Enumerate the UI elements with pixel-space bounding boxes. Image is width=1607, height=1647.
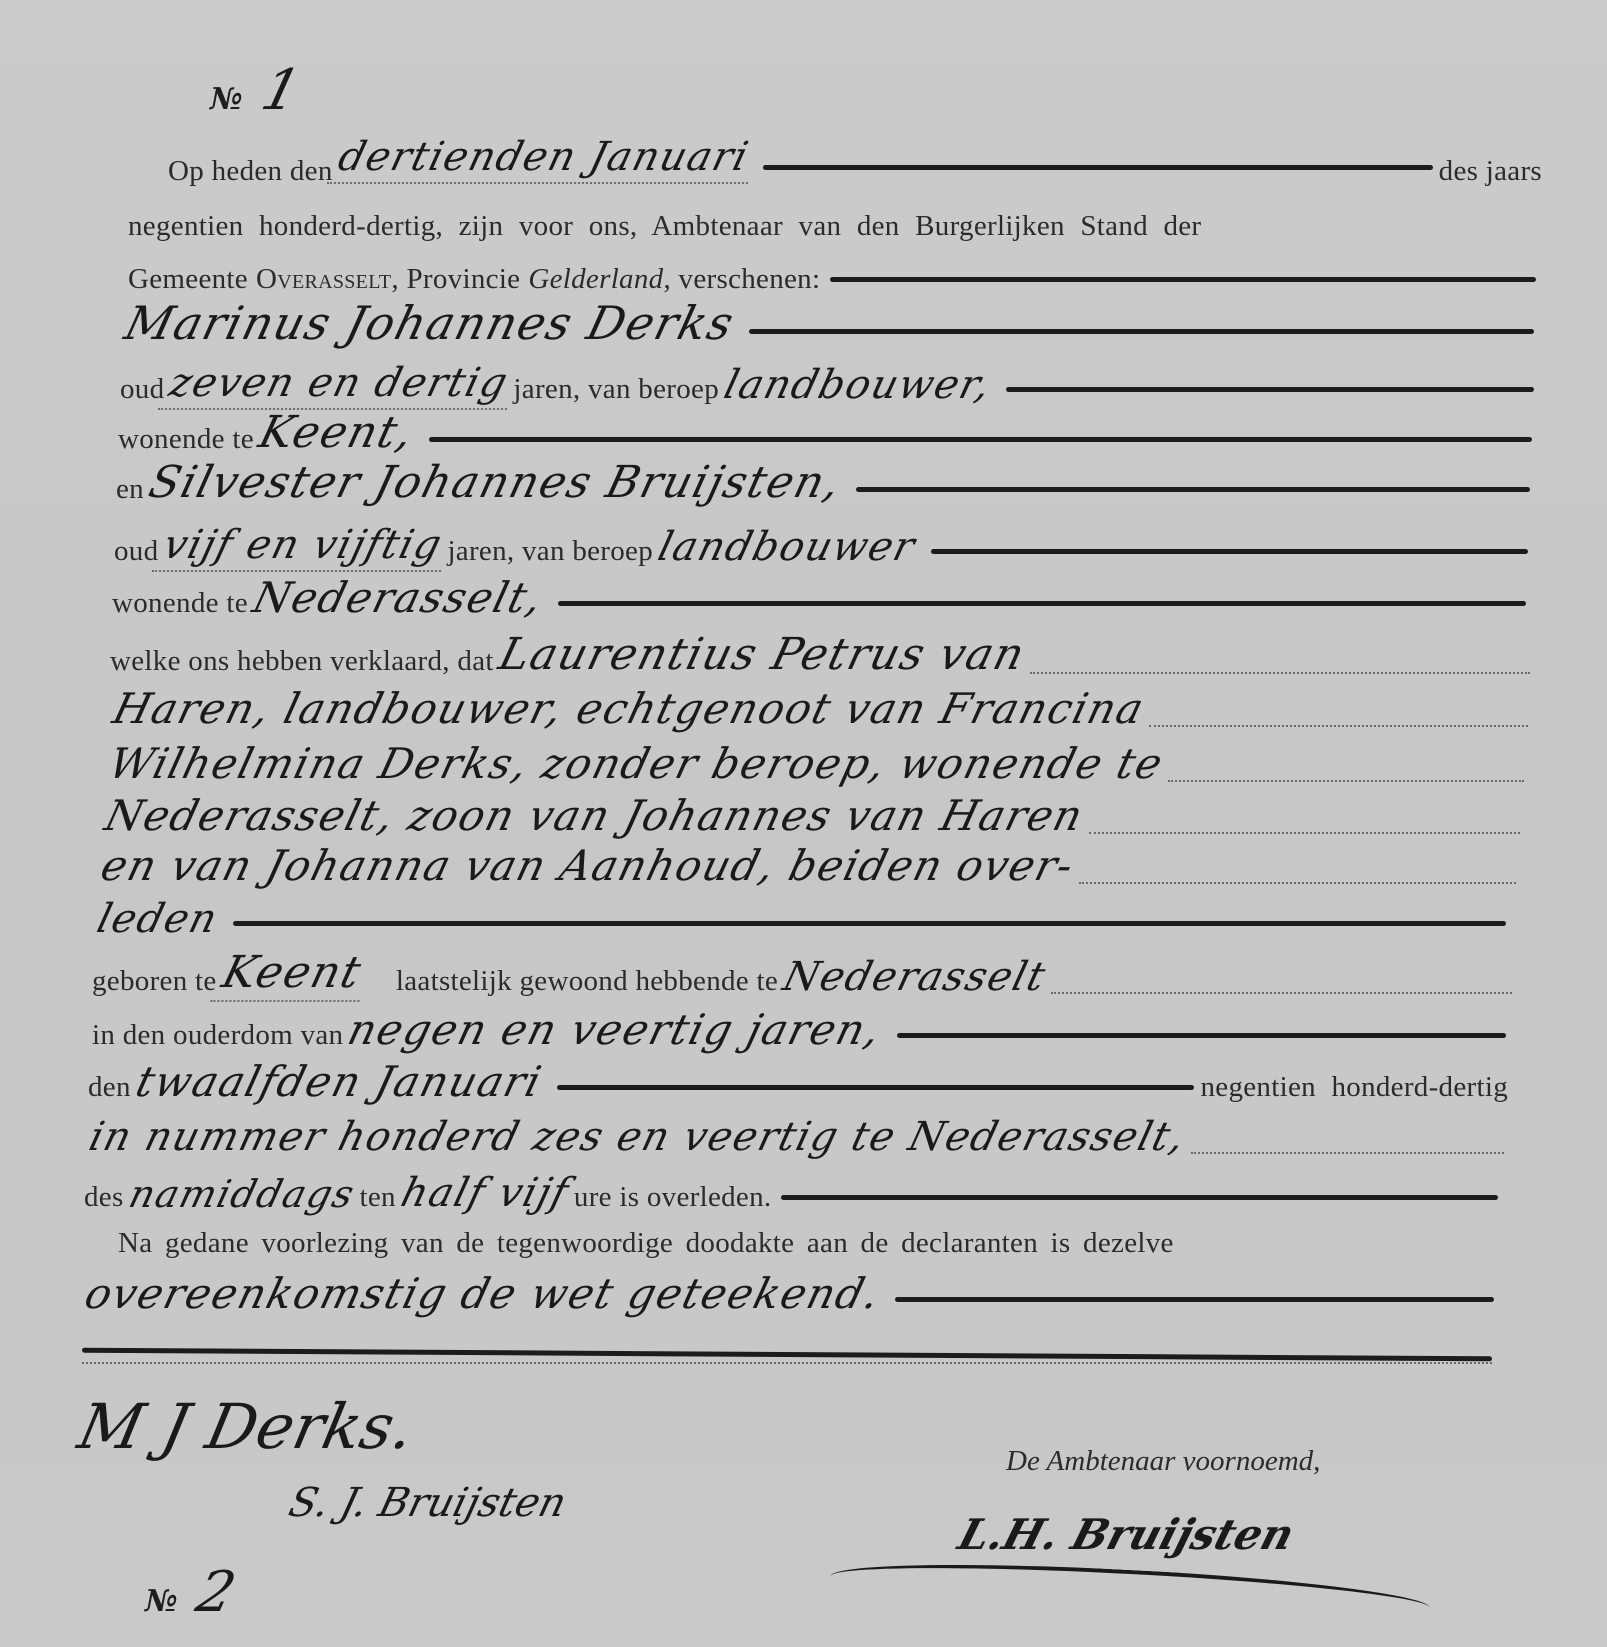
death-place: in nummer honderd zes en veertig te Nede…	[78, 1114, 1197, 1162]
deceased-details-3: Nederasselt, zoon van Johannes van Haren	[94, 791, 1095, 842]
printed-ouderdom: in den ouderdom van	[92, 1019, 343, 1056]
line-reading-clause: Na gedane voorlezing van de tegenwoordig…	[118, 1212, 1438, 1264]
fill-rule	[749, 329, 1534, 334]
line-year: negentien honderd-dertig, zijn voor ons,…	[128, 195, 1542, 247]
line-declarant-2-residence: wonende te Nederasselt,	[112, 572, 1532, 624]
declarant-1-residence: Keent,	[247, 407, 425, 460]
fill-rule	[429, 437, 1532, 442]
death-date: twaalfden Januari	[124, 1057, 553, 1108]
printed-oud: oud	[114, 535, 158, 572]
printed-wonende-te: wonende te	[118, 423, 254, 460]
line-signed: overeenkomstig de wet geteekend.	[80, 1268, 1500, 1320]
declarant-2-name: Silvester Johannes Bruijsten,	[137, 457, 852, 510]
printed-oud: oud	[120, 373, 164, 410]
printed-jaren-beroep: jaren, van beroep	[447, 535, 653, 572]
declarant-2-occupation: landbouwer	[647, 524, 926, 572]
deceased-details-2: Wilhelmina Derks, zonder beroep, wonende…	[98, 739, 1175, 790]
record-number-value: 1	[248, 58, 314, 125]
line-free-3: Nederasselt, zoon van Johannes van Haren	[100, 790, 1520, 842]
dotted-fill	[1051, 992, 1512, 994]
dotted-fill	[1149, 725, 1528, 727]
line-date: Op heden den dertienden Januari des jaar…	[168, 140, 1542, 192]
fill-rule	[830, 277, 1536, 282]
fill-rule	[558, 601, 1526, 606]
line-deceased-intro: welke ons hebben verklaard, dat Laurenti…	[110, 630, 1530, 682]
document-page: №1 Op heden den dertienden Januari des j…	[0, 0, 1607, 1647]
printed-jaren-beroep: jaren, van beroep	[513, 373, 719, 410]
death-hour: half vijf	[390, 1170, 580, 1218]
number-sign: №	[210, 82, 243, 117]
next-record-number: №2	[145, 1560, 241, 1627]
signature-declarant-2: S. J. Bruijsten	[284, 1480, 571, 1526]
line-declarant-2-age: oud vijf en vijftig jaren, van beroep la…	[114, 520, 1534, 572]
deceased-details-5: leden	[86, 896, 229, 944]
printed-des-jaars: des jaars	[1439, 155, 1542, 192]
fill-rule	[895, 1297, 1494, 1302]
fill-rule	[233, 921, 1506, 926]
dotted-fill	[1089, 832, 1520, 834]
municipality-name: Overasselt	[256, 263, 391, 300]
line-free-1: Haren, landbouwer, echtgenoot van Franci…	[108, 683, 1528, 735]
declarant-2-residence: Nederasselt,	[242, 573, 555, 624]
line-birth-residence: geboren te Keent laatstelijk gewoond heb…	[92, 950, 1512, 1002]
closing-dotted-line	[82, 1362, 1492, 1364]
line-declarant-1-age: oud zeven en dertig jaren, van beroep la…	[120, 358, 1540, 410]
fill-rule	[856, 487, 1530, 492]
fill-rule	[781, 1195, 1498, 1200]
line-free-5: leden	[92, 892, 1512, 944]
deceased-name-start: Laurentius Petrus van	[487, 629, 1036, 682]
printed-provincie: , Provincie	[391, 263, 520, 300]
dotted-fill	[1030, 672, 1530, 674]
number-sign: №	[145, 1584, 178, 1619]
line-declarant-2-name: en Silvester Johannes Bruijsten,	[116, 458, 1536, 510]
signature-declarant-1: M J Derks.	[72, 1390, 420, 1463]
declarant-2-age: vijf en vijftig	[152, 522, 453, 572]
declarant-1-occupation: landbouwer,	[713, 362, 1002, 410]
birthplace: Keent	[210, 947, 373, 1002]
declarant-1-name: Marinus Johannes Derks	[113, 296, 746, 352]
printed-verschenen: , verschenen:	[663, 263, 820, 300]
date-field: dertienden Januari	[333, 134, 754, 184]
line-death-time: des namiddags ten half vijf ure is overl…	[84, 1166, 1504, 1218]
printed-op-heden-den: Op heden den	[168, 155, 333, 192]
printed-geboren-te: geboren te	[92, 965, 217, 1002]
hand-date: dertienden Januari	[326, 134, 759, 184]
fill-rule	[931, 549, 1528, 554]
line-free-4: en van Johanna van Aanhoud, beiden over-	[96, 840, 1516, 892]
province-name: Gelderland	[528, 263, 663, 295]
line-declarant-1-name: Marinus Johannes Derks	[120, 300, 1540, 352]
line-declarant-1-residence: wonende te Keent,	[118, 408, 1538, 460]
fill-rule	[763, 165, 1432, 170]
age-at-death: negen en veertig jaren,	[337, 1005, 893, 1056]
line-age-at-death: in den ouderdom van negen en veertig jar…	[92, 1004, 1512, 1056]
line-death-date: den twaalfden Januari negentien honderd-…	[88, 1056, 1508, 1108]
signed-clause: overeenkomstig de wet geteekend.	[74, 1269, 892, 1320]
printed-laatstelijk: laatstelijk gewoond hebbende te	[396, 965, 778, 1002]
fill-rule	[897, 1033, 1506, 1038]
next-record-number-value: 2	[183, 1560, 249, 1627]
fill-rule	[1006, 387, 1534, 392]
declarant-1-age: zeven en dertig	[158, 360, 519, 410]
printed-voorlezing: Na gedane voorlezing van de tegenwoordig…	[118, 1227, 1174, 1264]
dotted-fill	[1079, 882, 1516, 884]
fill-rule	[557, 1085, 1195, 1090]
official-caption: De Ambtenaar voornoemd,	[1006, 1445, 1320, 1478]
printed-year-clause: negentien honderd-dertig, zijn voor ons,…	[128, 210, 1201, 247]
closing-rule	[82, 1348, 1492, 1362]
printed-year-death: negentien honderd-dertig	[1200, 1071, 1508, 1108]
printed-den: den	[88, 1071, 131, 1108]
dotted-fill	[1191, 1152, 1504, 1154]
line-free-2: Wilhelmina Derks, zonder beroep, wonende…	[104, 738, 1524, 790]
record-number: №1	[210, 58, 306, 125]
printed-verklaard: welke ons hebben verklaard, dat	[110, 645, 494, 682]
printed-wonende-te: wonende te	[112, 587, 248, 624]
line-death-place: in nummer honderd zes en veertig te Nede…	[84, 1110, 1504, 1162]
deceased-details-4: en van Johanna van Aanhoud, beiden over-	[90, 841, 1086, 892]
signature-official: L.H. Bruijsten	[953, 1510, 1300, 1559]
line-municipality: Gemeente Overasselt , Provincie Gelderla…	[128, 248, 1542, 300]
last-residence: Nederasselt	[772, 954, 1057, 1002]
signature-flourish	[829, 1554, 1430, 1629]
printed-gemeente: Gemeente	[128, 263, 248, 300]
dotted-fill	[1168, 780, 1524, 782]
deceased-details-1: Haren, landbouwer, echtgenoot van Franci…	[102, 684, 1156, 735]
